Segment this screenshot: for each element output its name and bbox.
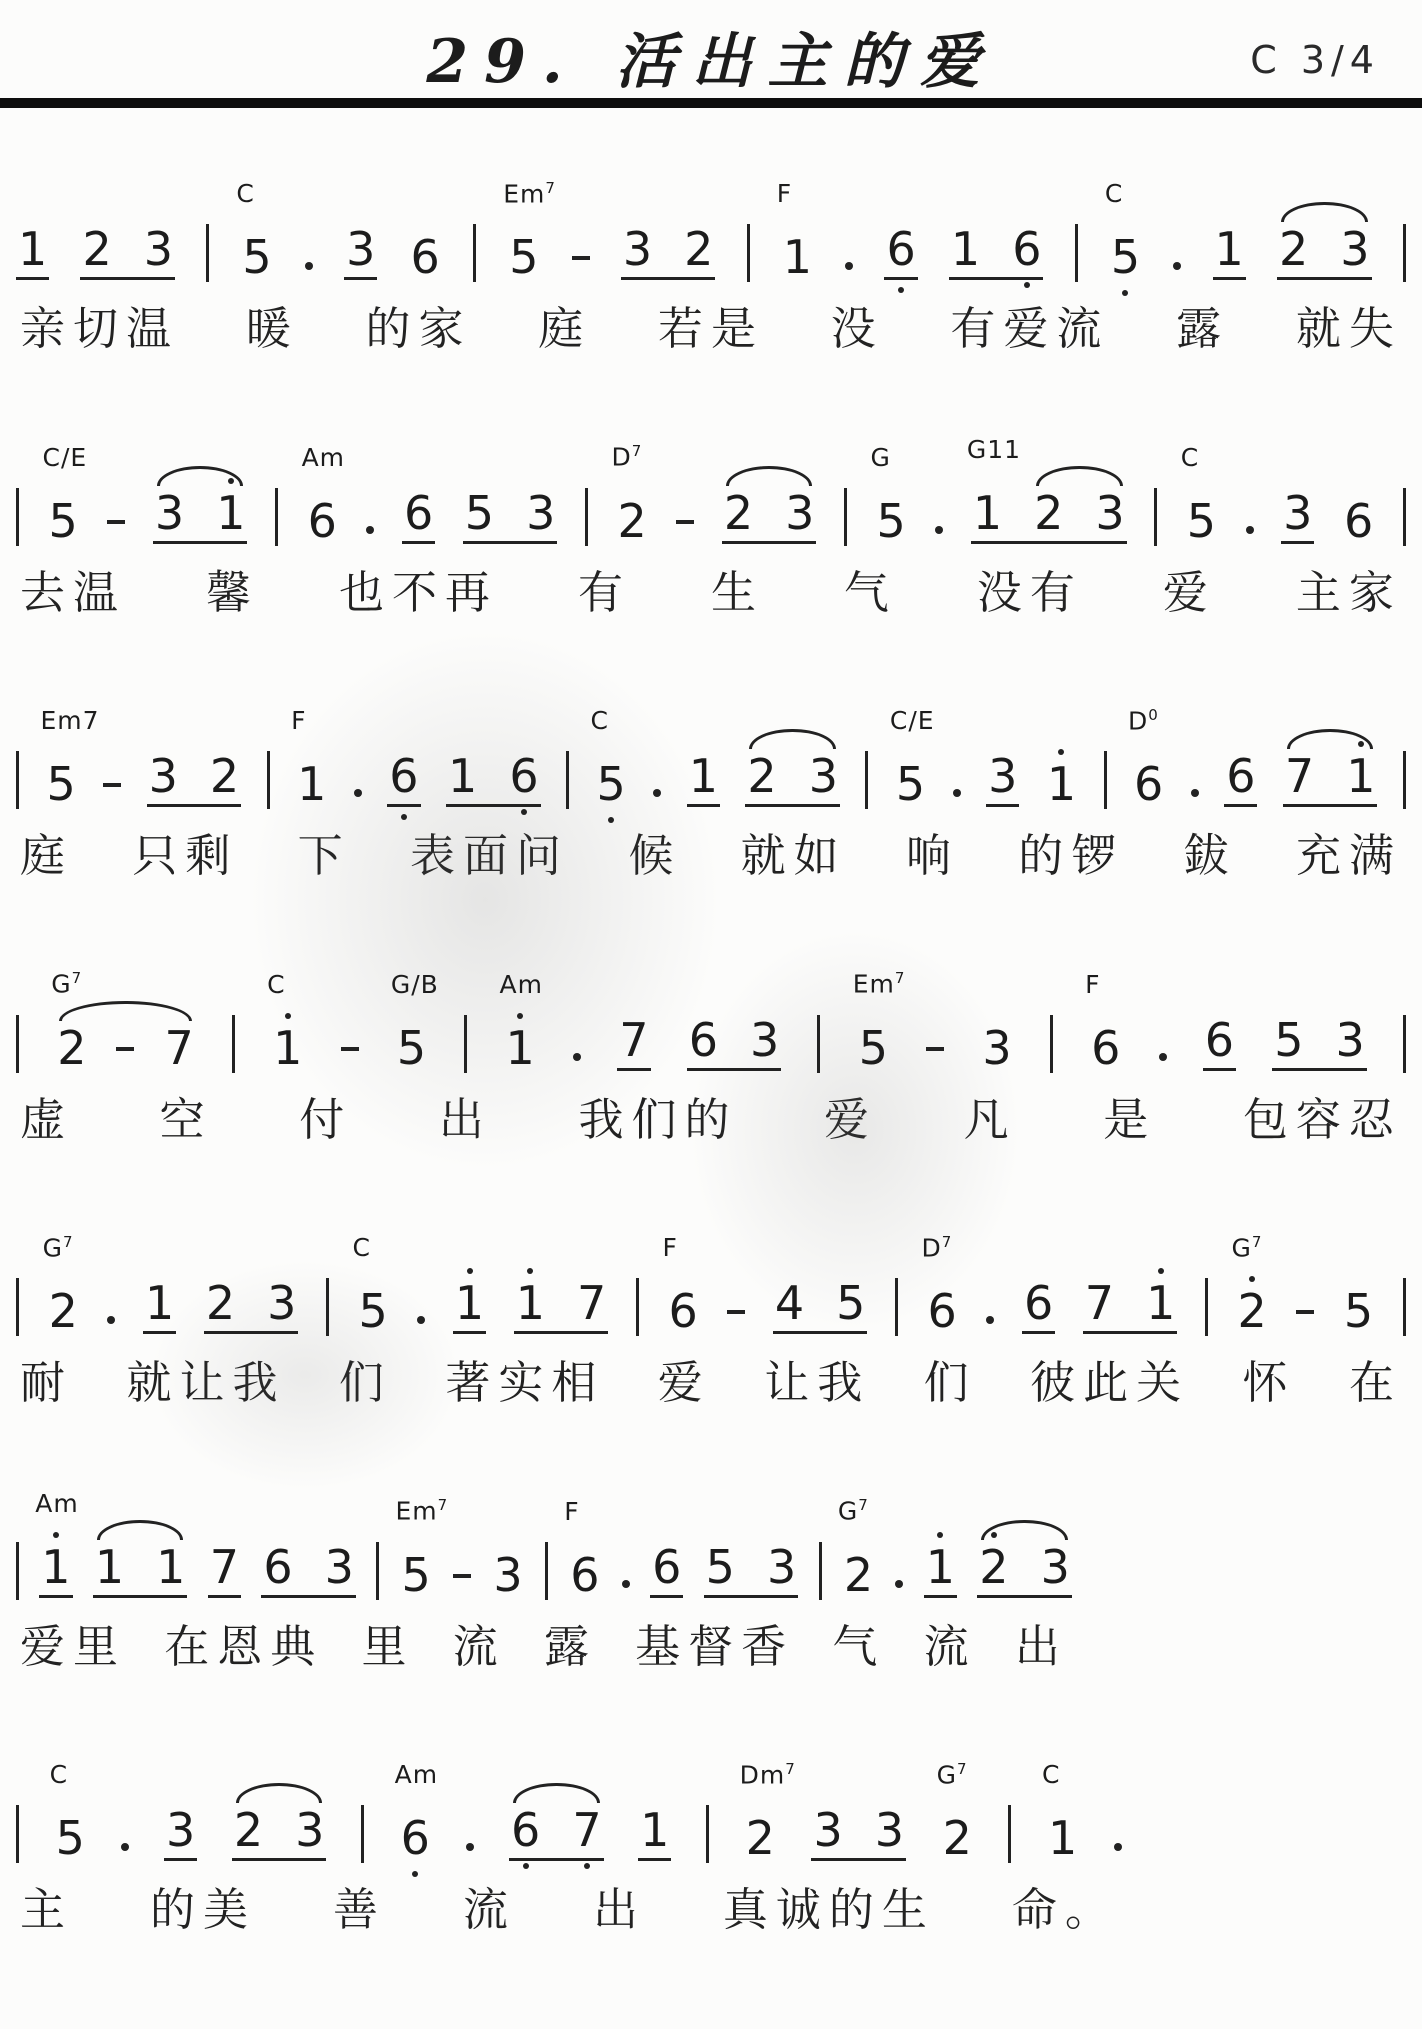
underline-group: 1G1123 (971, 490, 1127, 544)
chord-label: G11 (967, 437, 1021, 462)
chord-label: G (870, 445, 890, 470)
note: 3 (807, 753, 840, 799)
chord-label: G7 (51, 971, 82, 996)
note: 6F (1089, 1025, 1122, 1071)
note: 6 (1342, 498, 1375, 544)
note: 2 (232, 1807, 265, 1853)
chord-label: Am (302, 445, 345, 470)
barline (16, 751, 19, 809)
chord-label: F (777, 181, 792, 206)
note: 3 (491, 1552, 524, 1598)
lyric-syllable: 的锣 (1018, 831, 1124, 881)
chord-label: F (291, 708, 306, 733)
notation-row: 5C3236Am6712Dm7332G71C (16, 1719, 1122, 1861)
note: 3 (147, 753, 180, 799)
lyric-syllable: 气 (844, 568, 897, 618)
barline (566, 751, 569, 809)
lyric-syllable: 凡 (964, 1095, 1017, 1145)
lyric-syllable: 的家 (365, 304, 471, 354)
barline (206, 224, 209, 282)
barline (361, 1805, 364, 1863)
note: 1Am (39, 1544, 72, 1598)
note: 6 (1224, 753, 1257, 807)
note: 3 (1338, 226, 1371, 272)
note: 1 (638, 1807, 671, 1861)
lyric-syllable: 包容忍 (1243, 1095, 1402, 1145)
barline (473, 224, 476, 282)
barline (1403, 1278, 1406, 1336)
note: 5C/E (47, 498, 80, 544)
lyric-syllable: 没 (831, 304, 884, 354)
lyric-syllable: 著实相 (445, 1358, 604, 1408)
note: 1 (446, 753, 479, 799)
barline (1154, 488, 1157, 546)
note: 6 (402, 490, 435, 544)
note: 7 (617, 1017, 650, 1071)
slur-group: 23 (722, 490, 817, 544)
note: 1G11 (971, 490, 1004, 536)
underline-group: 32 (147, 753, 242, 807)
barline (865, 751, 868, 809)
lyric-syllable: 爱 (824, 1095, 877, 1145)
note: 3 (986, 753, 1019, 807)
chord-label: C (591, 708, 609, 733)
slur-group: 23 (745, 753, 840, 807)
note: 6 (1203, 1017, 1236, 1071)
note: 1 (214, 490, 247, 536)
slur-group: 67 (509, 1807, 604, 1861)
note: 3 (142, 226, 175, 272)
barline (16, 1542, 19, 1600)
barline (16, 1805, 19, 1863)
barline (819, 1542, 822, 1600)
augmentation-dot (953, 789, 961, 797)
note: 3 (293, 1807, 326, 1853)
chord-superscript: 7 (72, 969, 83, 987)
note: 1 (687, 753, 720, 807)
note-dash (103, 783, 121, 787)
note: 1 (143, 1280, 176, 1334)
note: 7 (575, 1280, 608, 1326)
lyric-syllable: 让我 (764, 1358, 870, 1408)
lyric-syllable: 馨 (206, 568, 259, 618)
systems: 1235C365Em7321F6165C123亲切温暖的家庭若是没有爱流露就失5… (0, 138, 1422, 1935)
lyric-syllable: 就失 (1296, 304, 1402, 354)
lyric-syllable: 付 (299, 1095, 352, 1145)
chord-label: Em7 (395, 1498, 448, 1523)
note: 5C (357, 1288, 390, 1334)
lyrics-row: 虚空付出我们的爱凡是包容忍 (16, 1095, 1406, 1145)
note: 5 (1342, 1288, 1375, 1334)
note: 3 (748, 1017, 781, 1063)
augmentation-dot (354, 789, 362, 797)
underline-group: 71 (1083, 1280, 1178, 1334)
augmentation-dot (107, 1316, 115, 1324)
note: 3 (1281, 490, 1314, 544)
note: 5G/B (395, 1025, 428, 1071)
augmentation-dot (121, 1843, 129, 1851)
music-system: 2G71235C1176F456D76712G75耐就让我们著实相爱让我们彼此关… (0, 1192, 1422, 1408)
augmentation-dot (986, 1316, 994, 1324)
underline-group: 16 (949, 226, 1044, 280)
lyric-syllable: 有爱流 (950, 304, 1109, 354)
note: 3 (524, 490, 557, 536)
note: 7 (1283, 753, 1316, 799)
lyric-syllable: 有 (578, 568, 631, 618)
note: 5C (1185, 498, 1218, 544)
chord-superscript: 7 (63, 1233, 74, 1251)
lyric-syllable: 爱 (1163, 568, 1216, 618)
lyric-syllable: 主 (20, 1885, 73, 1935)
barline (747, 224, 750, 282)
augmentation-dot (1191, 789, 1199, 797)
barline (275, 488, 278, 546)
note: 5C/E (894, 761, 927, 807)
lyric-syllable: 暖 (246, 304, 299, 354)
lyric-syllable: 鈸 (1184, 831, 1237, 881)
notation-row: 2G771C5G/B1Am7635Em736F653 (16, 929, 1406, 1071)
chord-superscript: 7 (858, 1496, 869, 1514)
note: 2 (1032, 490, 1065, 536)
chord-superscript: 7 (942, 1233, 953, 1251)
lyric-syllable: 也不再 (339, 568, 498, 618)
chord-superscript: 7 (545, 179, 556, 197)
underline-group: 17 (514, 1280, 609, 1334)
underline-group: 23 (80, 226, 175, 280)
barline (267, 751, 270, 809)
lyric-syllable: 下 (298, 831, 351, 881)
note: 7 (208, 1544, 241, 1598)
note: 2 (722, 490, 755, 536)
note: 1C (271, 1025, 304, 1071)
chord-label: G7 (937, 1762, 968, 1787)
chord-label: C (267, 972, 285, 997)
note-dash (453, 1574, 471, 1578)
key-time-signature: C 3/4 (1250, 38, 1380, 82)
note: 1 (154, 1544, 187, 1590)
augmentation-dot (1173, 262, 1181, 270)
slur-group: 23 (232, 1807, 327, 1861)
augmentation-dot (417, 1316, 425, 1324)
underline-group: 53 (1272, 1017, 1367, 1071)
note: 1 (949, 226, 982, 272)
music-system: 2G771C5G/B1Am7635Em736F653虚空付出我们的爱凡是包容忍 (0, 929, 1422, 1145)
barline (1205, 1278, 1208, 1336)
lyric-syllable: 流 (453, 1622, 506, 1672)
lyric-syllable: 善 (333, 1885, 386, 1935)
lyric-syllable: 爱里 (20, 1622, 126, 1672)
chord-label: Em7 (853, 971, 906, 996)
note: 1Am (504, 1025, 537, 1071)
note-dash (116, 1047, 134, 1051)
chord-label: C (1105, 181, 1123, 206)
slur-group: 23 (977, 1544, 1072, 1598)
lyric-syllable: 空 (160, 1095, 213, 1145)
note-dash (926, 1047, 944, 1051)
underline-group: 23 (745, 753, 840, 807)
lyric-syllable: 若是 (658, 304, 764, 354)
lyric-syllable: 充满 (1296, 831, 1402, 881)
lyric-syllable: 气 (832, 1622, 885, 1672)
lyric-syllable: 亲切温 (20, 304, 179, 354)
slur-group: 31 (153, 490, 248, 544)
chord-superscript: 0 (1148, 706, 1159, 724)
chord-superscript: 7 (1252, 1233, 1263, 1251)
underline-group: 23 (722, 490, 817, 544)
chord-label: C (1042, 1762, 1060, 1787)
note: 7 (1083, 1280, 1116, 1326)
note: 6 (387, 753, 420, 807)
note: 3 (1039, 1544, 1072, 1590)
chord-label: Am (35, 1491, 78, 1516)
lyric-syllable: 基督香 (635, 1622, 794, 1672)
barline (1075, 224, 1078, 282)
barline (1403, 1015, 1406, 1073)
lyric-syllable: 在恩典 (164, 1622, 323, 1672)
barline (1104, 751, 1107, 809)
lyrics-row: 亲切温暖的家庭若是没有爱流露就失 (16, 304, 1406, 354)
note: 6D0 (1132, 761, 1165, 807)
chord-superscript: 7 (438, 1496, 449, 1514)
augmentation-dot (1246, 526, 1254, 534)
barline (326, 1278, 329, 1336)
note: 1 (1045, 761, 1078, 807)
lyric-syllable: 爱 (658, 1358, 711, 1408)
note: 5 (1272, 1017, 1305, 1063)
lyric-syllable: 露 (544, 1622, 597, 1672)
chord-superscript: 7 (785, 1760, 796, 1778)
underline-group: 63 (261, 1544, 356, 1598)
lyric-syllable: 命。 (1012, 1885, 1118, 1935)
barline (817, 1015, 820, 1073)
lyric-syllable: 耐 (20, 1358, 73, 1408)
barline (1403, 751, 1406, 809)
note: 3 (765, 1544, 798, 1590)
note-dash (107, 520, 125, 524)
note: 4 (773, 1280, 806, 1326)
chord-superscript: 7 (632, 442, 643, 460)
augmentation-dot (466, 1843, 474, 1851)
note: 2 (745, 753, 778, 799)
lyric-syllable: 庭 (20, 831, 73, 881)
barline (376, 1542, 379, 1600)
barline (1403, 224, 1406, 282)
note: 2 (204, 1280, 237, 1326)
slur-group: 71 (1283, 753, 1378, 807)
slur-group: 11 (93, 1544, 188, 1598)
lyric-syllable: 露 (1176, 304, 1229, 354)
note: 5Em7 (507, 234, 540, 280)
note: 1 (514, 1280, 547, 1326)
note: 3 (783, 490, 816, 536)
note: 6Am (306, 498, 339, 544)
note: 1 (1213, 226, 1246, 280)
note: 6F (568, 1552, 601, 1598)
lyric-syllable: 出 (593, 1885, 646, 1935)
augmentation-dot (305, 262, 313, 270)
music-system: 1235C365Em7321F6165C123亲切温暖的家庭若是没有爱流露就失 (0, 138, 1422, 354)
note: 3 (1093, 490, 1126, 536)
barline (1050, 1015, 1053, 1073)
lyric-syllable: 表面问 (410, 831, 569, 881)
lyrics-row: 耐就让我们著实相爱让我们彼此关怀在 (16, 1358, 1406, 1408)
underline-group: 63 (687, 1017, 782, 1071)
lyric-syllable: 主家 (1296, 568, 1402, 618)
note: 2 (977, 1544, 1010, 1590)
chord-label: Am (395, 1762, 438, 1787)
chord-label: G7 (1231, 1235, 1262, 1260)
music-system: 5C3236Am6712Dm7332G71C主的美善流出真诚的生命。 (0, 1719, 1422, 1935)
notation-row: 5Em7321F6165C1235C/E316D0671 (16, 665, 1406, 807)
note: 6 (650, 1544, 683, 1598)
chord-label: C (353, 1235, 371, 1260)
note: 1 (16, 226, 49, 280)
augmentation-dot (573, 1053, 581, 1061)
note: 5Em7 (857, 1025, 890, 1071)
lyric-syllable: 我们的 (578, 1095, 737, 1145)
note: 5 (463, 490, 496, 536)
note: 3 (164, 1807, 197, 1861)
lyrics-row: 主的美善流出真诚的生命。 (16, 1885, 1122, 1935)
barline (895, 1278, 898, 1336)
note: 2G7 (842, 1552, 875, 1598)
barline (1403, 488, 1406, 546)
slur-group: 23 (1032, 490, 1127, 536)
note-dash (1296, 1310, 1314, 1314)
underline-group: 23 (1277, 226, 1372, 280)
note: 3 (980, 1025, 1013, 1071)
underline-group: 67 (509, 1807, 604, 1861)
lyric-syllable: 只剩 (132, 831, 238, 881)
note: 2 (208, 753, 241, 799)
lyric-syllable: 是 (1103, 1095, 1156, 1145)
lyric-syllable: 没有 (977, 568, 1083, 618)
lyric-syllable: 流 (924, 1622, 977, 1672)
music-system: 5C/E316Am6532D7235G1G11235C36去温馨也不再有生气没有… (0, 402, 1422, 618)
note: 7 (162, 1025, 195, 1071)
page-header: 29. 活出主的爱 C 3/4 (0, 0, 1422, 92)
note: 1F (295, 761, 328, 807)
barline (16, 1015, 19, 1073)
note: 1 (1344, 753, 1377, 799)
notation-row: 1235C365Em7321F6165C123 (16, 138, 1406, 280)
lyric-syllable: 真诚的生 (723, 1885, 935, 1935)
note: 3 (265, 1280, 298, 1326)
lyrics-row: 爱里在恩典里流露基督香气流出 (16, 1622, 1072, 1672)
augmentation-dot (622, 1580, 630, 1588)
barline (232, 1015, 235, 1073)
note: 2Dm7 (744, 1815, 777, 1861)
augmentation-dot (653, 789, 661, 797)
note: 6 (884, 226, 917, 280)
augmentation-dot (1114, 1843, 1122, 1851)
note: 3 (811, 1807, 844, 1853)
note: 6 (409, 234, 442, 280)
lyric-syllable: 就如 (741, 831, 847, 881)
lyric-syllable: 的美 (150, 1885, 256, 1935)
lyric-syllable: 去温 (20, 568, 126, 618)
chord-label: C (1181, 445, 1199, 470)
note: 5C (240, 234, 273, 280)
barline (636, 1278, 639, 1336)
page-title: 29. 活出主的爱 (0, 0, 1422, 100)
note: 3 (621, 226, 654, 272)
note: 6D7 (926, 1288, 959, 1334)
note: 2G7 (55, 1025, 88, 1071)
underline-group: 23 (232, 1807, 327, 1861)
lyric-syllable: 候 (628, 831, 681, 881)
note: 6 (507, 753, 540, 799)
chord-label: D0 (1128, 708, 1159, 733)
note-dash (676, 520, 694, 524)
underline-group: 11 (93, 1544, 188, 1598)
lyric-syllable: 虚 (20, 1095, 73, 1145)
note: 2D7 (615, 498, 648, 544)
chord-superscript: 7 (895, 969, 906, 987)
chord-label: G7 (43, 1235, 74, 1260)
barline (706, 1805, 709, 1863)
lyric-syllable: 彼此关 (1030, 1358, 1189, 1408)
note: 3 (873, 1807, 906, 1853)
augmentation-dot (366, 526, 374, 534)
note: 6 (687, 1017, 720, 1063)
slur-group: 2G77 (55, 1025, 196, 1071)
underline-group: 45 (773, 1280, 868, 1334)
note: 5 (704, 1544, 737, 1590)
note: 5Em7 (44, 761, 77, 807)
lyric-syllable: 响 (906, 831, 959, 881)
underline-group: 53 (704, 1544, 799, 1598)
note: 6 (261, 1544, 294, 1590)
lyric-syllable: 怀 (1243, 1358, 1296, 1408)
underline-group: 71 (1283, 753, 1378, 807)
note: 5C (54, 1815, 87, 1861)
chord-label: Dm7 (740, 1762, 796, 1787)
chord-label: F (564, 1499, 579, 1524)
chord-label: G7 (838, 1498, 869, 1523)
note-dash (727, 1310, 745, 1314)
lyric-syllable: 出 (1015, 1622, 1068, 1672)
note: 1 (924, 1544, 957, 1598)
chord-label: F (1085, 972, 1100, 997)
note: 5G (874, 498, 907, 544)
note: 2 (682, 226, 715, 272)
notation-row: 5C/E316Am6532D7235G1G11235C36 (16, 402, 1406, 544)
augmentation-dot (1159, 1053, 1167, 1061)
note: 2G7 (1235, 1288, 1268, 1334)
note-dash (341, 1047, 359, 1051)
note: 6 (1010, 226, 1043, 272)
chord-label: Am (500, 972, 543, 997)
note: 3 (153, 490, 186, 536)
notation-row: 2G71235C1176F456D76712G75 (16, 1192, 1406, 1334)
augmentation-dot (935, 526, 943, 534)
lyric-syllable: 就让我 (126, 1358, 285, 1408)
underline-group: 31 (153, 490, 248, 544)
lyric-syllable: 流 (463, 1885, 516, 1935)
note: 2G7 (47, 1288, 80, 1334)
chord-label: F (662, 1235, 677, 1260)
note: 5C (595, 761, 628, 807)
note: 2G7 (941, 1815, 974, 1861)
barline (844, 488, 847, 546)
augmentation-dot (895, 1580, 903, 1588)
note: 1 (93, 1544, 126, 1590)
chord-label: C (236, 181, 254, 206)
lyrics-row: 去温馨也不再有生气没有爱主家 (16, 568, 1406, 618)
underline-group: 16 (446, 753, 541, 807)
lyric-syllable: 生 (711, 568, 764, 618)
